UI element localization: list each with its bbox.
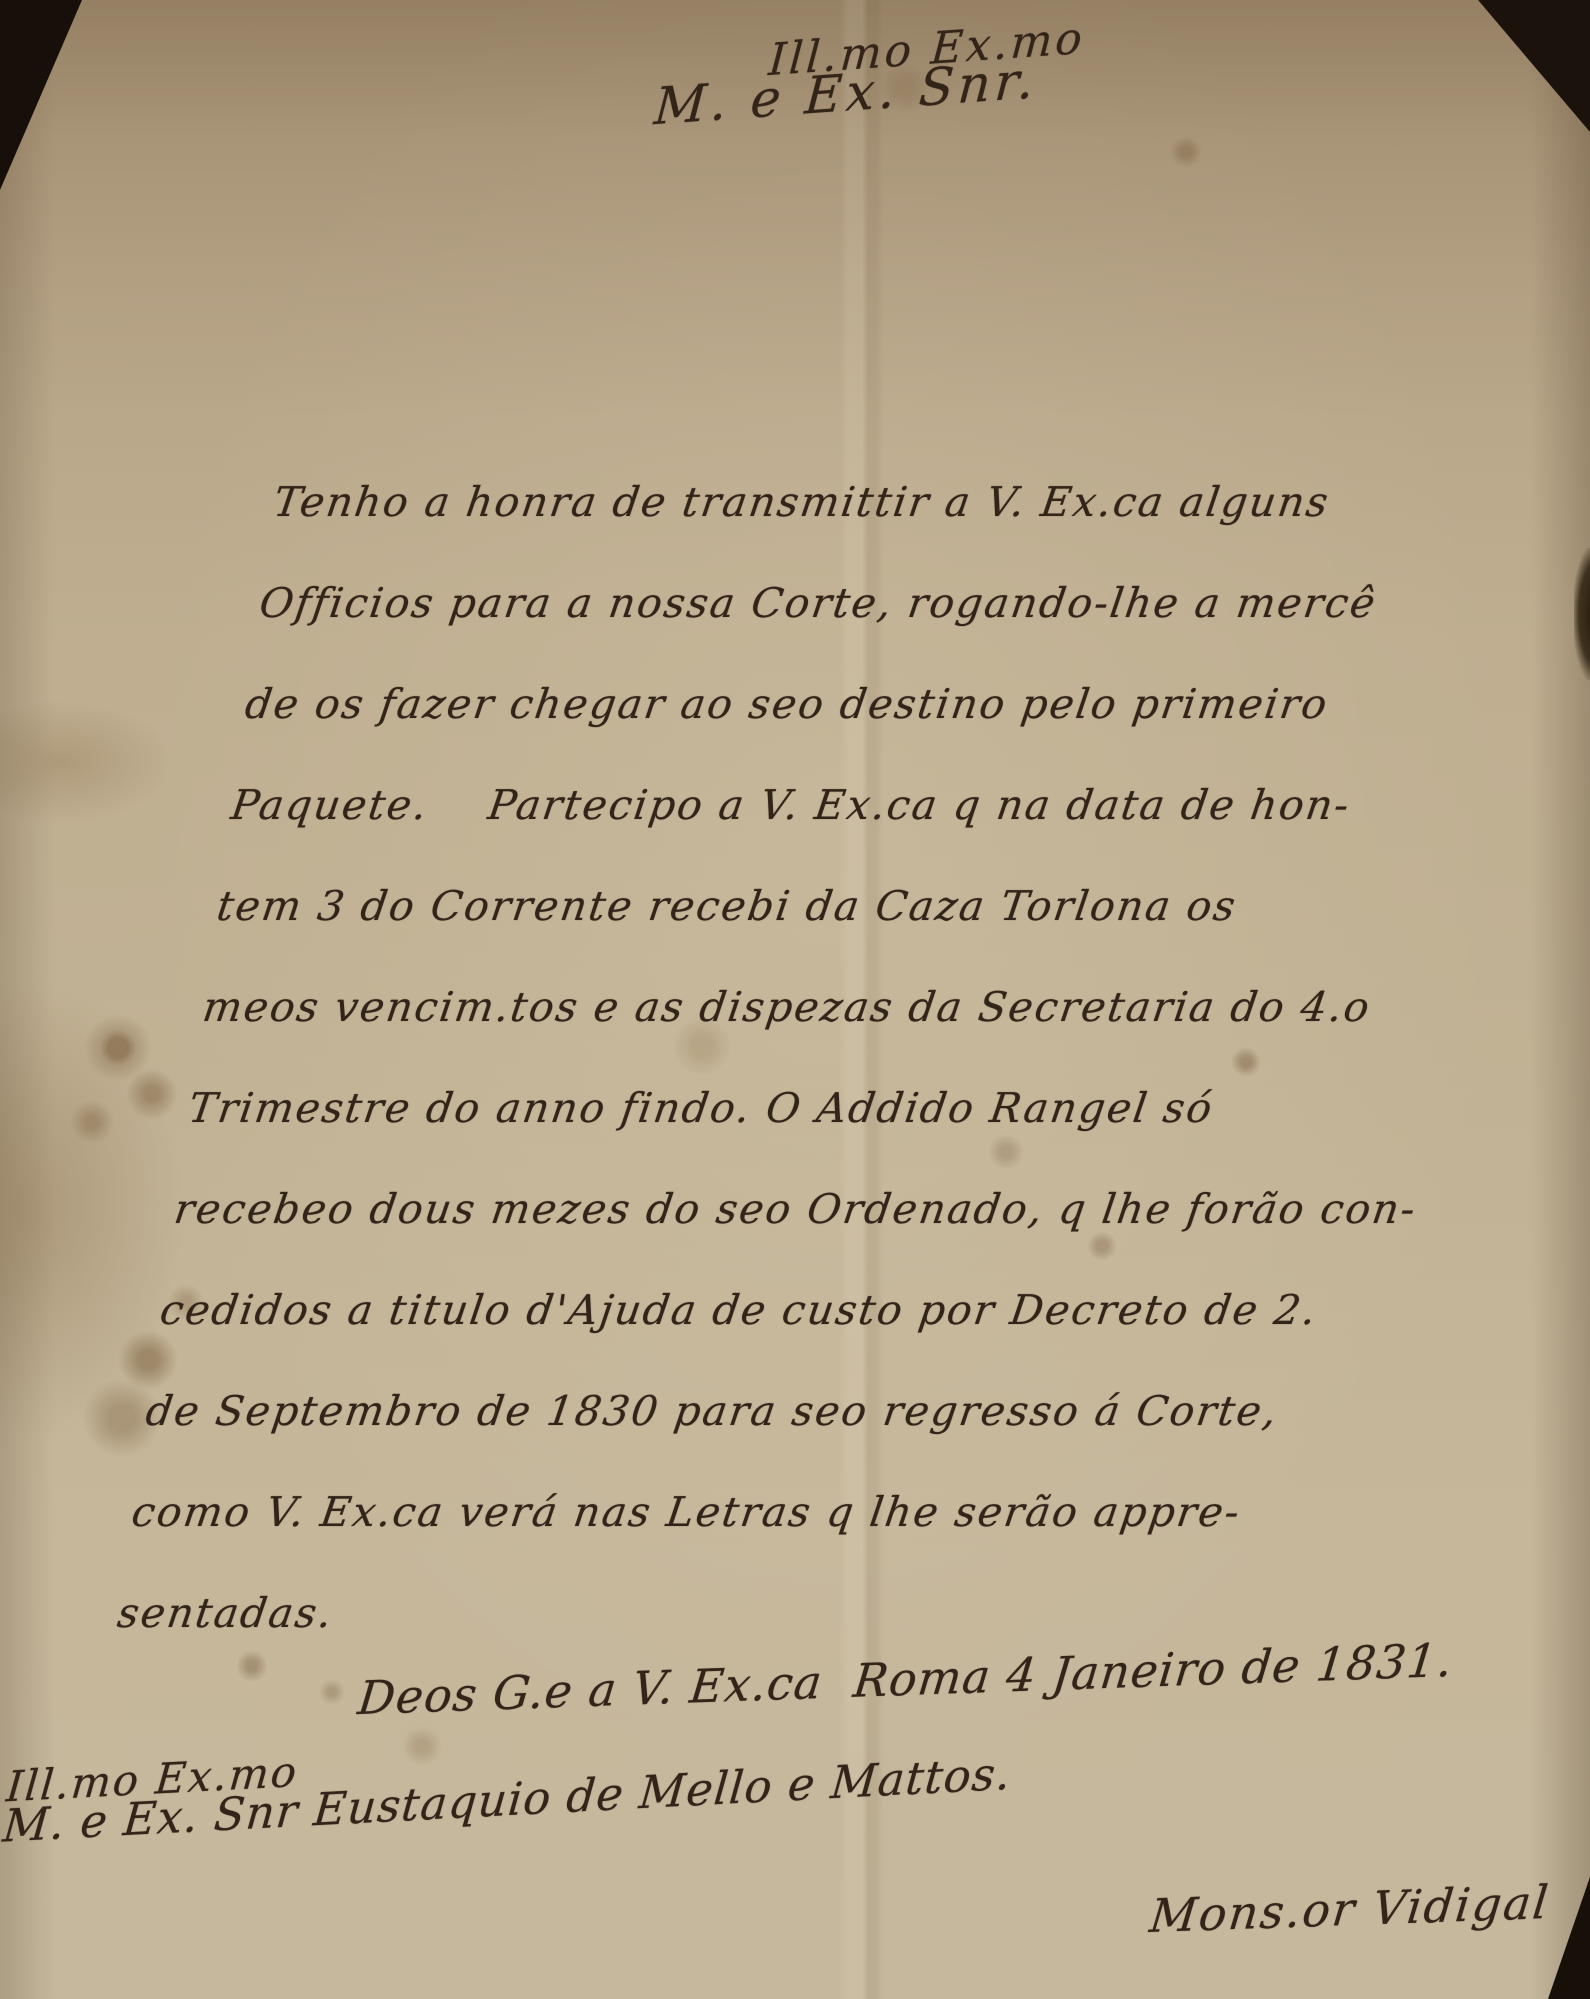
manuscript-letter-page: Ill.mo Ex.mo M. e Ex. Snr. Tenho a honra… [0,0,1590,1999]
body-line: como V. Ex.ca verá nas Letras q lhe serã… [125,1462,1259,1563]
photo-edge-shadow [1574,548,1590,680]
photo-corner-bottom-right [1548,1877,1590,1999]
signature: Mons.or Vidigal [1147,1875,1552,1943]
body-line: tem 3 do Corrente recebi da Caza Torlona… [210,856,1344,957]
body-line: Officios para a nossa Corte, rogando-lhe… [253,553,1387,654]
body-line: Tenho a honra de transmittir a V. Ex.ca … [267,452,1401,553]
body-line: recebeo dous mezes do seo Ordenado, q lh… [168,1159,1302,1260]
recipient-address-block: Ill.mo Ex.mo M. e Ex. Snr Eustaquio de M… [1,1709,1017,1852]
body-line: de os fazer chegar ao seo destino pelo p… [239,654,1373,755]
salutation-block: Ill.mo Ex.mo M. e Ex. Snr. [652,13,1086,138]
body-line: Trimestre do anno findo. O Addido Rangel… [182,1058,1316,1159]
photo-corner-top-left [0,0,82,190]
letter-body: Tenho a honra de transmittir a V. Ex.ca … [111,452,1401,1664]
body-line: meos vencim.tos e as dispezas da Secreta… [196,957,1330,1058]
body-line: cedidos a titulo d'Ajuda de custo por De… [153,1260,1287,1361]
photo-corner-top-right [1478,0,1590,132]
body-line: Paquete. Partecipo a V. Ex.ca q na data … [224,755,1358,856]
body-line: de Septembro de 1830 para seo regresso á… [139,1361,1273,1462]
